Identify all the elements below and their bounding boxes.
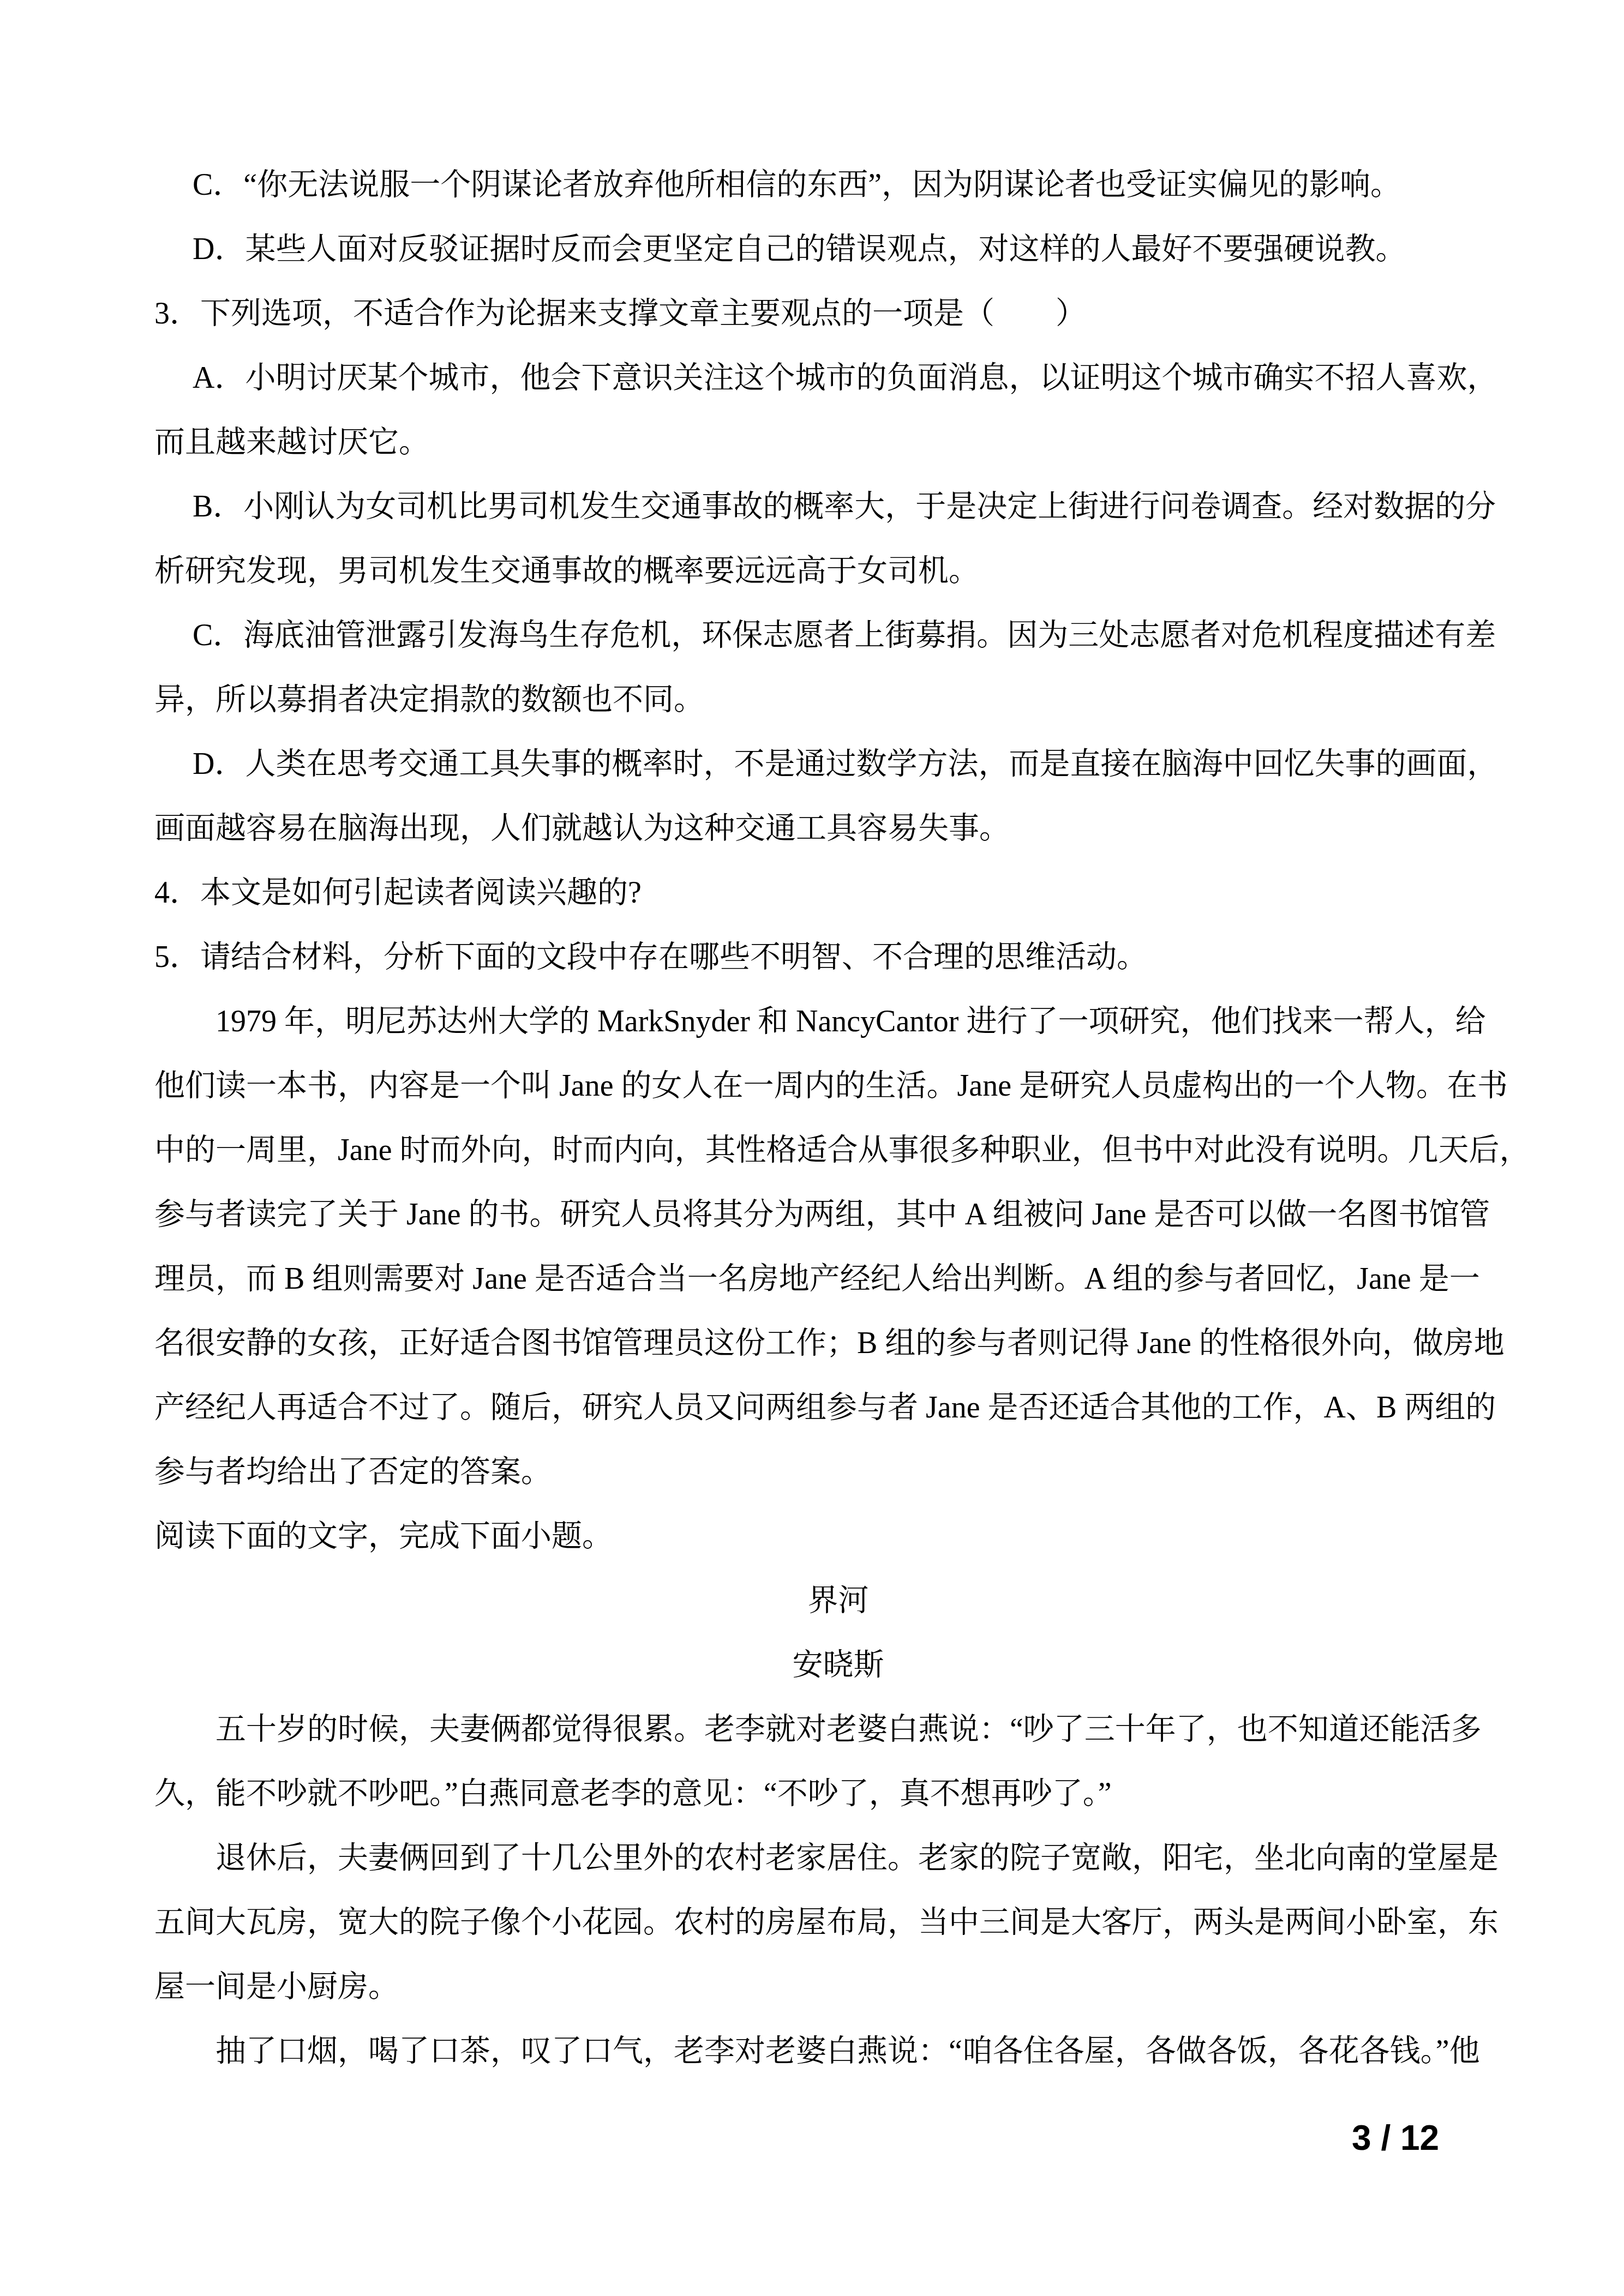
text-line: 4．本文是如何引起读者阅读兴趣的?: [154, 861, 1497, 925]
text-line: 他们读一本书，内容是一个叫 Jane 的女人在一周内的生活。Jane 是研究人员…: [154, 1054, 1497, 1118]
text-line: 画面越容易在脑海出现，人们就越认为这种交通工具容易失事。: [154, 796, 1497, 861]
text-line: 而且越来越讨厌它。: [154, 410, 1497, 474]
text-line: D．某些人面对反驳证据时反而会更坚定自己的错误观点，对这样的人最好不要强硬说教。: [154, 217, 1497, 281]
text-line: 屋一间是小厨房。: [154, 1955, 1497, 2019]
text-line: 5．请结合材料，分析下面的文段中存在哪些不明智、不合理的思维活动。: [154, 925, 1497, 989]
document-page: C．“你无法说服一个阴谋论者放弃他所相信的东西”，因为阴谋论者也受证实偏见的影响…: [0, 0, 1624, 2296]
text-line: 抽了口烟，喝了口茶，叹了口气，老李对老婆白燕说：“咱各住各屋，各做各饭，各花各钱…: [154, 2019, 1497, 2083]
text-line: 退休后，夫妻俩回到了十几公里外的农村老家居住。老家的院子宽敞，阳宅，坐北向南的堂…: [154, 1826, 1497, 1890]
text-line: 1979 年，明尼苏达州大学的 MarkSnyder 和 NancyCantor…: [154, 989, 1497, 1054]
text-line: C．“你无法说服一个阴谋论者放弃他所相信的东西”，因为阴谋论者也受证实偏见的影响…: [154, 153, 1497, 217]
text-line: 中的一周里，Jane 时而外向，时而内向，其性格适合从事很多种职业，但书中对此没…: [154, 1118, 1497, 1182]
text-line: 参与者均给出了否定的答案。: [154, 1440, 1497, 1504]
text-line: 久，能不吵就不吵吧。”白燕同意老李的意见：“不吵了，真不想再吵了。”: [154, 1762, 1497, 1826]
text-block: C．“你无法说服一个阴谋论者放弃他所相信的东西”，因为阴谋论者也受证实偏见的影响…: [154, 153, 1497, 2083]
text-line: 理员，而 B 组则需要对 Jane 是否适合当一名房地产经纪人给出判断。A 组的…: [154, 1247, 1497, 1311]
text-line: 3．下列选项，不适合作为论据来支撑文章主要观点的一项是（ ）: [154, 281, 1497, 346]
text-line: 参与者读完了关于 Jane 的书。研究人员将其分为两组，其中 A 组被问 Jan…: [154, 1182, 1497, 1247]
text-line: C．海底油管泄露引发海鸟生存危机，环保志愿者上街募捐。因为三处志愿者对危机程度描…: [154, 603, 1497, 668]
text-line: A．小明讨厌某个城市，他会下意识关注这个城市的负面消息，以证明这个城市确实不招人…: [154, 346, 1497, 410]
text-line: B．小刚认为女司机比男司机发生交通事故的概率大，于是决定上街进行问卷调查。经对数…: [154, 474, 1497, 539]
text-line: D．人类在思考交通工具失事的概率时，不是通过数学方法，而是直接在脑海中回忆失事的…: [154, 732, 1497, 796]
text-line: 界河: [154, 1568, 1497, 1633]
text-line: 安晓斯: [154, 1633, 1497, 1697]
text-line: 阅读下面的文字，完成下面小题。: [154, 1504, 1497, 1568]
page-number: 3 / 12: [1352, 2120, 1439, 2155]
text-line: 名很安静的女孩，正好适合图书馆管理员这份工作；B 组的参与者则记得 Jane 的…: [154, 1311, 1497, 1375]
text-line: 五十岁的时候，夫妻俩都觉得很累。老李就对老婆白燕说：“吵了三十年了，也不知道还能…: [154, 1697, 1497, 1762]
text-line: 产经纪人再适合不过了。随后，研究人员又问两组参与者 Jane 是否还适合其他的工…: [154, 1375, 1497, 1440]
text-line: 五间大瓦房，宽大的院子像个小花园。农村的房屋布局，当中三间是大客厅，两头是两间小…: [154, 1890, 1497, 1955]
text-line: 析研究发现，男司机发生交通事故的概率要远远高于女司机。: [154, 539, 1497, 603]
text-line: 异，所以募捐者决定捐款的数额也不同。: [154, 668, 1497, 732]
